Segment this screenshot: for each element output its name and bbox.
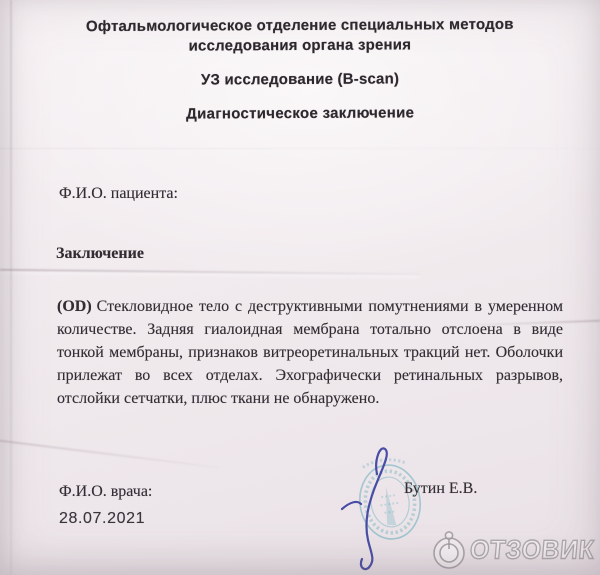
paper-crease [0, 437, 219, 468]
document-title: Диагностическое заключение [0, 103, 600, 123]
paper-crease [0, 269, 420, 275]
watermark-text: ОТЗОВИК [468, 535, 595, 566]
conclusion-paragraph: (OD)Стекловидное тело с деструктивными п… [57, 295, 563, 410]
doctor-name-label: Ф.И.О. врача: [59, 483, 152, 501]
conclusion-heading: Заключение [56, 245, 144, 263]
doctor-signature [325, 438, 415, 573]
report-date: 28.07.2021 [59, 510, 145, 528]
report-header: Офтальмологическое отделение специальных… [0, 14, 600, 123]
paper-crease [0, 148, 600, 149]
conclusion-text: Стекловидное тело с деструктивными помут… [57, 298, 563, 407]
department-title-line2: исследования органа зрения [0, 34, 600, 57]
doctor-name: Бутин Е.В. [404, 480, 477, 498]
eye-designation: (OD) [57, 298, 92, 315]
patient-name-label: Ф.И.О. пациента: [59, 185, 178, 203]
document-photo: Офтальмологическое отделение специальных… [0, 0, 600, 575]
department-title-line1: Офтальмологическое отделение специальных… [0, 14, 600, 37]
study-type: УЗ исследование (B-scan) [0, 69, 600, 89]
